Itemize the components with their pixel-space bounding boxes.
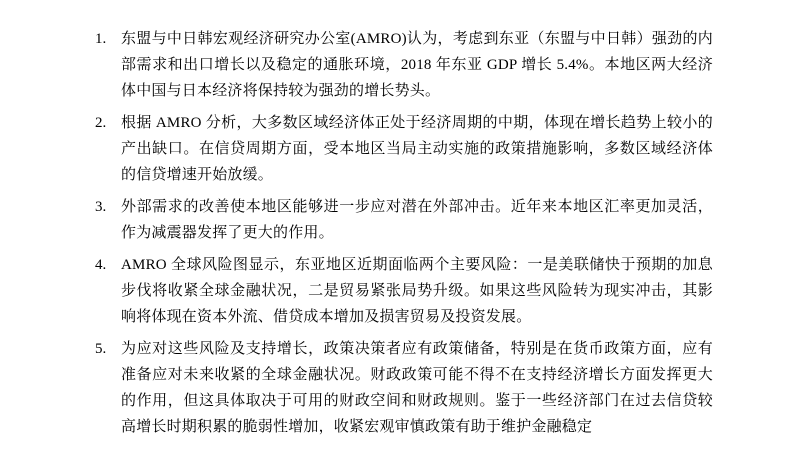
list-item: 1. 东盟与中日韩宏观经济研究办公室(AMRO)认为，考虑到东亚（东盟与中日韩）… xyxy=(95,26,713,104)
list-item-text: 东盟与中日韩宏观经济研究办公室(AMRO)认为，考虑到东亚（东盟与中日韩）强劲的… xyxy=(121,26,713,104)
list-item-text: 外部需求的改善使本地区能够进一步应对潜在外部冲击。近年来本地区汇率更加灵活，作为… xyxy=(121,194,713,246)
list-item-text: 根据 AMRO 分析，大多数区域经济体正处于经济周期的中期，体现在增长趋势上较小… xyxy=(121,110,713,188)
list-item: 5. 为应对这些风险及支持增长，政策决策者应有政策储备，特别是在货币政策方面，应… xyxy=(95,336,713,440)
list-item-number: 1. xyxy=(95,26,121,52)
list-item: 3. 外部需求的改善使本地区能够进一步应对潜在外部冲击。近年来本地区汇率更加灵活… xyxy=(95,194,713,246)
list-item-text: AMRO 全球风险图显示，东亚地区近期面临两个主要风险：一是美联储快于预期的加息… xyxy=(121,252,713,330)
list-item-number: 3. xyxy=(95,194,121,220)
list-item-number: 5. xyxy=(95,336,121,362)
list-item: 4. AMRO 全球风险图显示，东亚地区近期面临两个主要风险：一是美联储快于预期… xyxy=(95,252,713,330)
numbered-list: 1. 东盟与中日韩宏观经济研究办公室(AMRO)认为，考虑到东亚（东盟与中日韩）… xyxy=(95,26,713,446)
list-item: 2. 根据 AMRO 分析，大多数区域经济体正处于经济周期的中期，体现在增长趋势… xyxy=(95,110,713,188)
list-item-number: 4. xyxy=(95,252,121,278)
list-item-number: 2. xyxy=(95,110,121,136)
list-item-text: 为应对这些风险及支持增长，政策决策者应有政策储备，特别是在货币政策方面，应有准备… xyxy=(121,336,713,440)
document-page: 1. 东盟与中日韩宏观经济研究办公室(AMRO)认为，考虑到东亚（东盟与中日韩）… xyxy=(0,0,800,450)
